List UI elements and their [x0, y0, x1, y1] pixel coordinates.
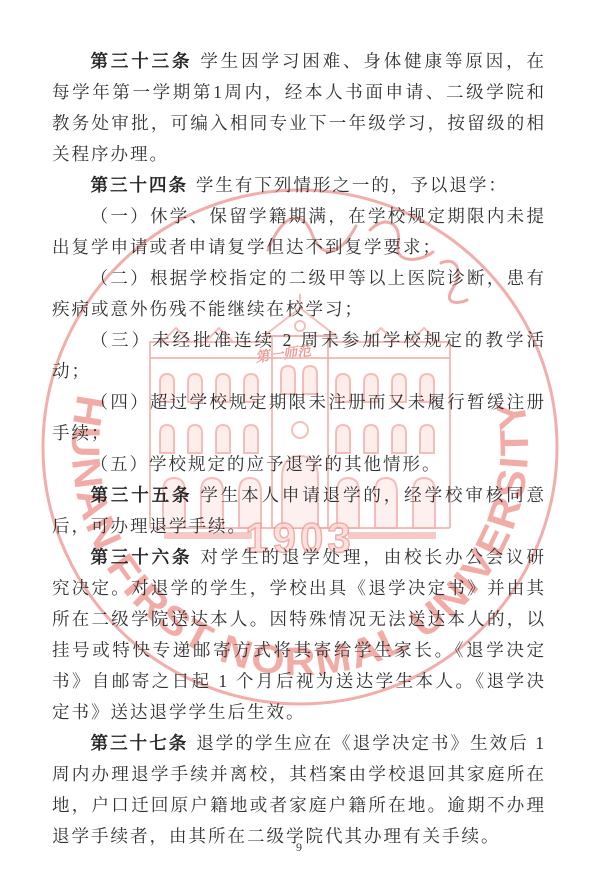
paragraph: 第三十七条退学的学生应在《退学决定书》生效后 1 周内办理退学手续并离校，其档案…	[52, 728, 546, 852]
page-number: 9	[0, 840, 598, 855]
paragraph: 第三十六条对学生的退学处理，由校长办公会议研究决定。对退学的学生，学校出具《退学…	[52, 542, 546, 728]
document-page: HUNAN FIRST NORMAL UNIVERSITY 第一师范	[0, 0, 598, 878]
paragraph: 第三十三条学生因学习困难、身体健康等原因，在每学年第一学期第1周内，经本人书面申…	[52, 46, 546, 170]
paragraph: （四）超过学校规定期限未注册而又未履行暂缓注册手续；	[52, 387, 546, 449]
paragraph: 第三十四条学生有下列情形之一的，予以退学：	[52, 170, 546, 201]
paragraph: （一）休学、保留学籍期满，在学校规定期限内未提出复学申请或者申请复学但达不到复学…	[52, 201, 546, 263]
article-number: 第三十七条	[91, 733, 189, 753]
paragraph: （三）未经批准连续 2 周未参加学校规定的教学活动；	[52, 325, 546, 387]
paragraph: （二）根据学校指定的二级甲等以上医院诊断，患有疾病或意外伤残不能继续在校学习；	[52, 263, 546, 325]
document-body: 第三十三条学生因学习困难、身体健康等原因，在每学年第一学期第1周内，经本人书面申…	[52, 46, 546, 852]
article-number: 第三十四条	[91, 175, 189, 195]
article-number: 第三十三条	[91, 51, 193, 71]
paragraph: （五）学校规定的应予退学的其他情形。	[52, 449, 546, 480]
article-number: 第三十五条	[91, 485, 193, 505]
article-number: 第三十六条	[91, 547, 193, 567]
paragraph: 第三十五条学生本人申请退学的，经学校审核同意后，可办理退学手续。	[52, 480, 546, 542]
